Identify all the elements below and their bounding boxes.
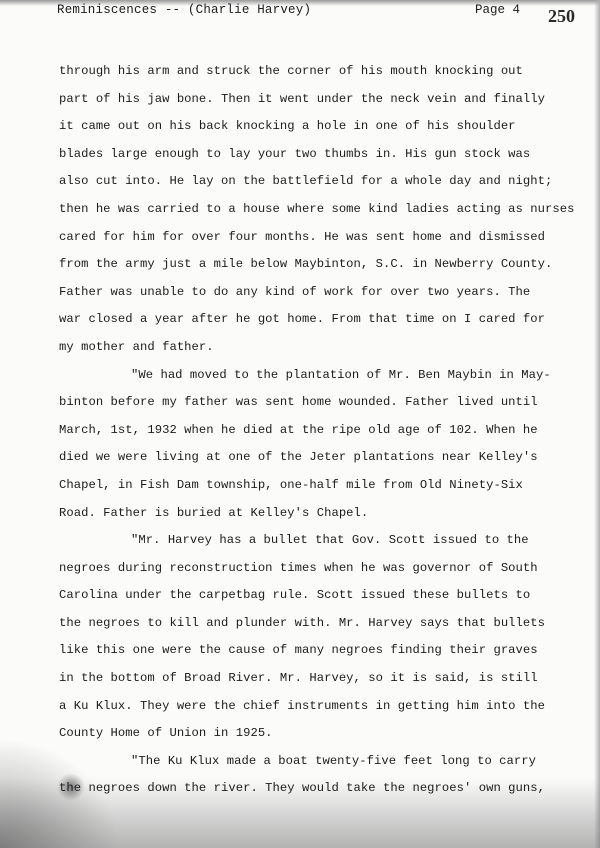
- paragraph-start-line: "The Ku Klux made a boat twenty-five fee…: [59, 748, 599, 776]
- text-line: a Ku Klux. They were the chief instrumen…: [59, 693, 599, 721]
- text-line: Road. Father is buried at Kelley's Chape…: [59, 500, 599, 528]
- text-line: Carolina under the carpetbag rule. Scott…: [59, 582, 599, 610]
- text-line: binton before my father was sent home wo…: [59, 389, 599, 417]
- text-line: then he was carried to a house where som…: [59, 196, 599, 224]
- document-page: Reminiscences -- (Charlie Harvey) Page 4…: [0, 0, 600, 848]
- text-line: March, 1st, 1932 when he died at the rip…: [59, 417, 599, 445]
- document-header-title: Reminiscences -- (Charlie Harvey): [57, 3, 311, 17]
- text-line: the negroes to kill and plunder with. Mr…: [59, 610, 599, 638]
- text-line: like this one were the cause of many neg…: [59, 637, 599, 665]
- paragraph-start-line: "We had moved to the plantation of Mr. B…: [59, 362, 599, 390]
- page-number-label: Page 4: [475, 3, 520, 17]
- text-line: cared for him for over four months. He w…: [59, 224, 599, 252]
- text-line: blades large enough to lay your two thum…: [59, 141, 599, 169]
- text-line: Chapel, in Fish Dam township, one-half m…: [59, 472, 599, 500]
- archive-stamp-number: 250: [548, 6, 575, 27]
- text-line: through his arm and struck the corner of…: [59, 58, 599, 86]
- document-body: through his arm and struck the corner of…: [59, 58, 599, 803]
- text-line: war closed a year after he got home. Fro…: [59, 306, 599, 334]
- paragraph-start-line: "Mr. Harvey has a bullet that Gov. Scott…: [59, 527, 599, 555]
- text-line: County Home of Union in 1925.: [59, 720, 599, 748]
- text-line: Father was unable to do any kind of work…: [59, 279, 599, 307]
- text-line: it came out on his back knocking a hole …: [59, 113, 599, 141]
- text-line: died we were living at one of the Jeter …: [59, 444, 599, 472]
- text-line: negroes during reconstruction times when…: [59, 555, 599, 583]
- text-line: also cut into. He lay on the battlefield…: [59, 168, 599, 196]
- text-line: in the bottom of Broad River. Mr. Harvey…: [59, 665, 599, 693]
- text-line: from the army just a mile below Maybinto…: [59, 251, 599, 279]
- text-line: my mother and father.: [59, 334, 599, 362]
- text-line: the negroes down the river. They would t…: [59, 775, 599, 803]
- text-line: part of his jaw bone. Then it went under…: [59, 86, 599, 114]
